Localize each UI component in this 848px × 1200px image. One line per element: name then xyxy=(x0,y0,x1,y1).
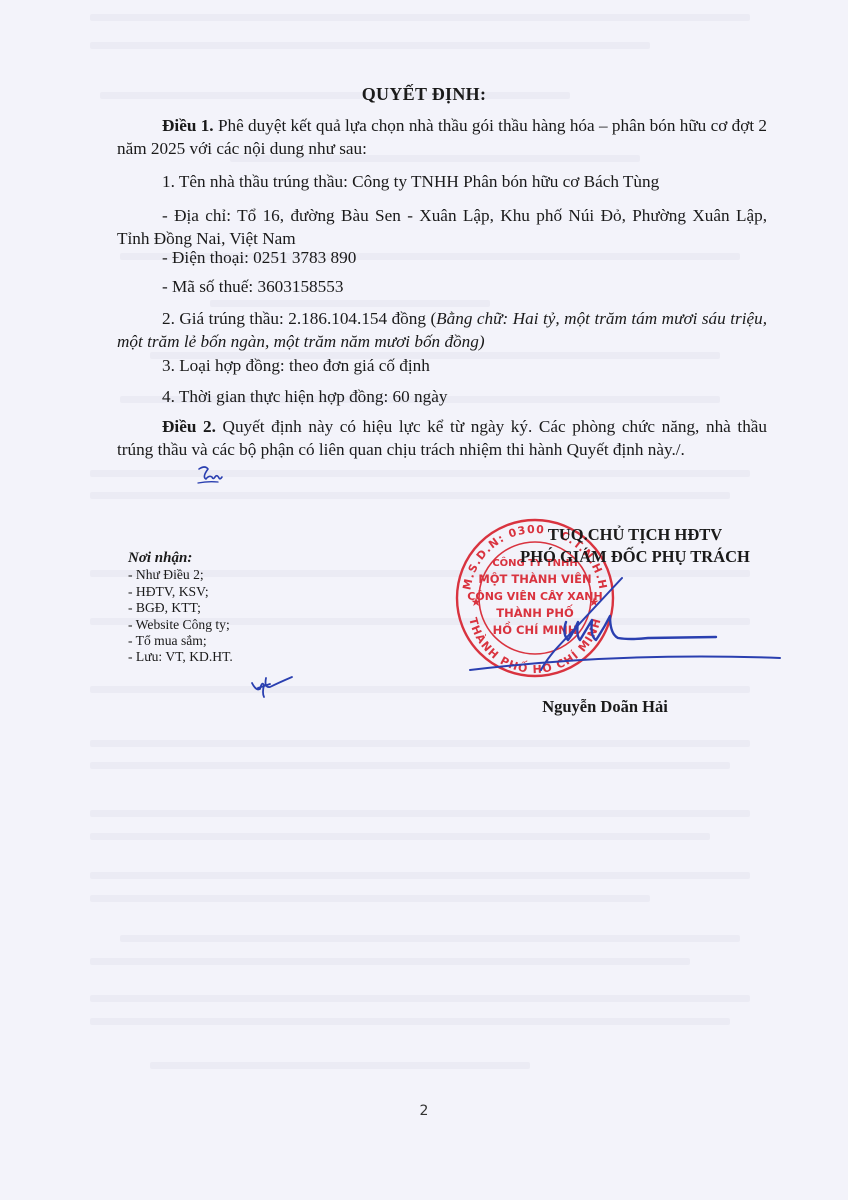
handwritten-signatures xyxy=(0,0,848,1200)
signer-name: Nguyễn Doãn Hải xyxy=(500,697,710,717)
document-page: QUYẾT ĐỊNH: Điều 1. Phê duyệt kết quả lự… xyxy=(0,0,848,1200)
page-number: 2 xyxy=(0,1103,848,1119)
